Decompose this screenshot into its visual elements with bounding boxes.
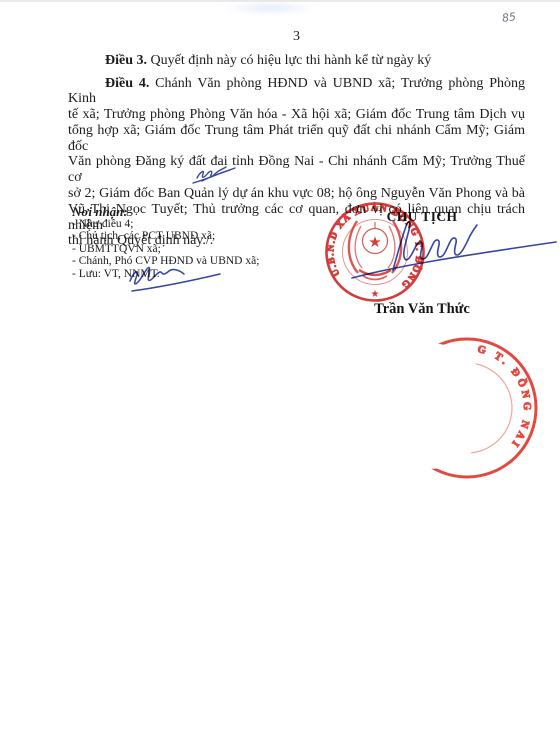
recipient-item: - Như điều 4; — [72, 218, 259, 230]
article-4-line-4: Văn phòng Đăng ký đất đai tỉnh Đồng Nai … — [68, 154, 525, 186]
article-4-line-1: Điều 4. Chánh Văn phòng HĐND và UBND xã;… — [68, 76, 525, 108]
stamp-bottom-star: ★ — [371, 289, 380, 300]
luu-loops-stroke — [130, 268, 184, 284]
scan-smudge — [222, 0, 318, 16]
article-4-line-2: tế xã; Trưởng phòng Phòng Văn hóa - Xã h… — [68, 107, 525, 123]
page-number: 3 — [68, 29, 525, 45]
article-3-text: Quyết định này có hiệu lực thi hành kể t… — [147, 53, 431, 68]
signature-loops-stroke — [393, 222, 477, 270]
corner-emblem-arc-2 — [462, 380, 473, 424]
chairman-signature — [338, 214, 560, 289]
handwritten-page-note: 85 — [501, 10, 516, 25]
article-4-line-3: tổng hợp xã; Giám đốc Trung tâm Phát tri… — [68, 123, 525, 155]
recipient-item: - UBMTTQVN xã; — [72, 243, 259, 255]
article-3-line: Điều 3. Quyết định này có hiệu lực thi h… — [68, 53, 525, 69]
article-4-line-5: sở 2; Giám đốc Ban Quản lý dự án khu vực… — [68, 186, 525, 202]
archivist-initial-scribble — [124, 262, 228, 296]
article-3-label: Điều 3. — [105, 53, 147, 68]
corner-stamp-ring-text: G T. ĐỒNG NAI — [476, 344, 532, 451]
corner-emblem-arc-1 — [470, 375, 484, 418]
corner-stamp-outer-ring — [398, 339, 536, 477]
paragraph-initial-scribble — [190, 163, 242, 187]
partial-corner-stamp: G T. ĐỒNG NAI — [395, 330, 560, 480]
recipient-item: - Chủ tịch, các PCT UBND xã; — [72, 230, 259, 242]
corner-emblem-arc-3 — [466, 430, 488, 434]
luu-underline-stroke — [132, 274, 220, 291]
signature-long-stroke — [352, 242, 556, 278]
article-4-label: Điều 4. — [105, 76, 149, 91]
corner-stamp-faint-emblem — [462, 375, 488, 434]
document-page: 85 3 Điều 3. Quyết định này có hiệu lực … — [0, 0, 560, 743]
corner-stamp-inner-ring — [422, 363, 512, 453]
